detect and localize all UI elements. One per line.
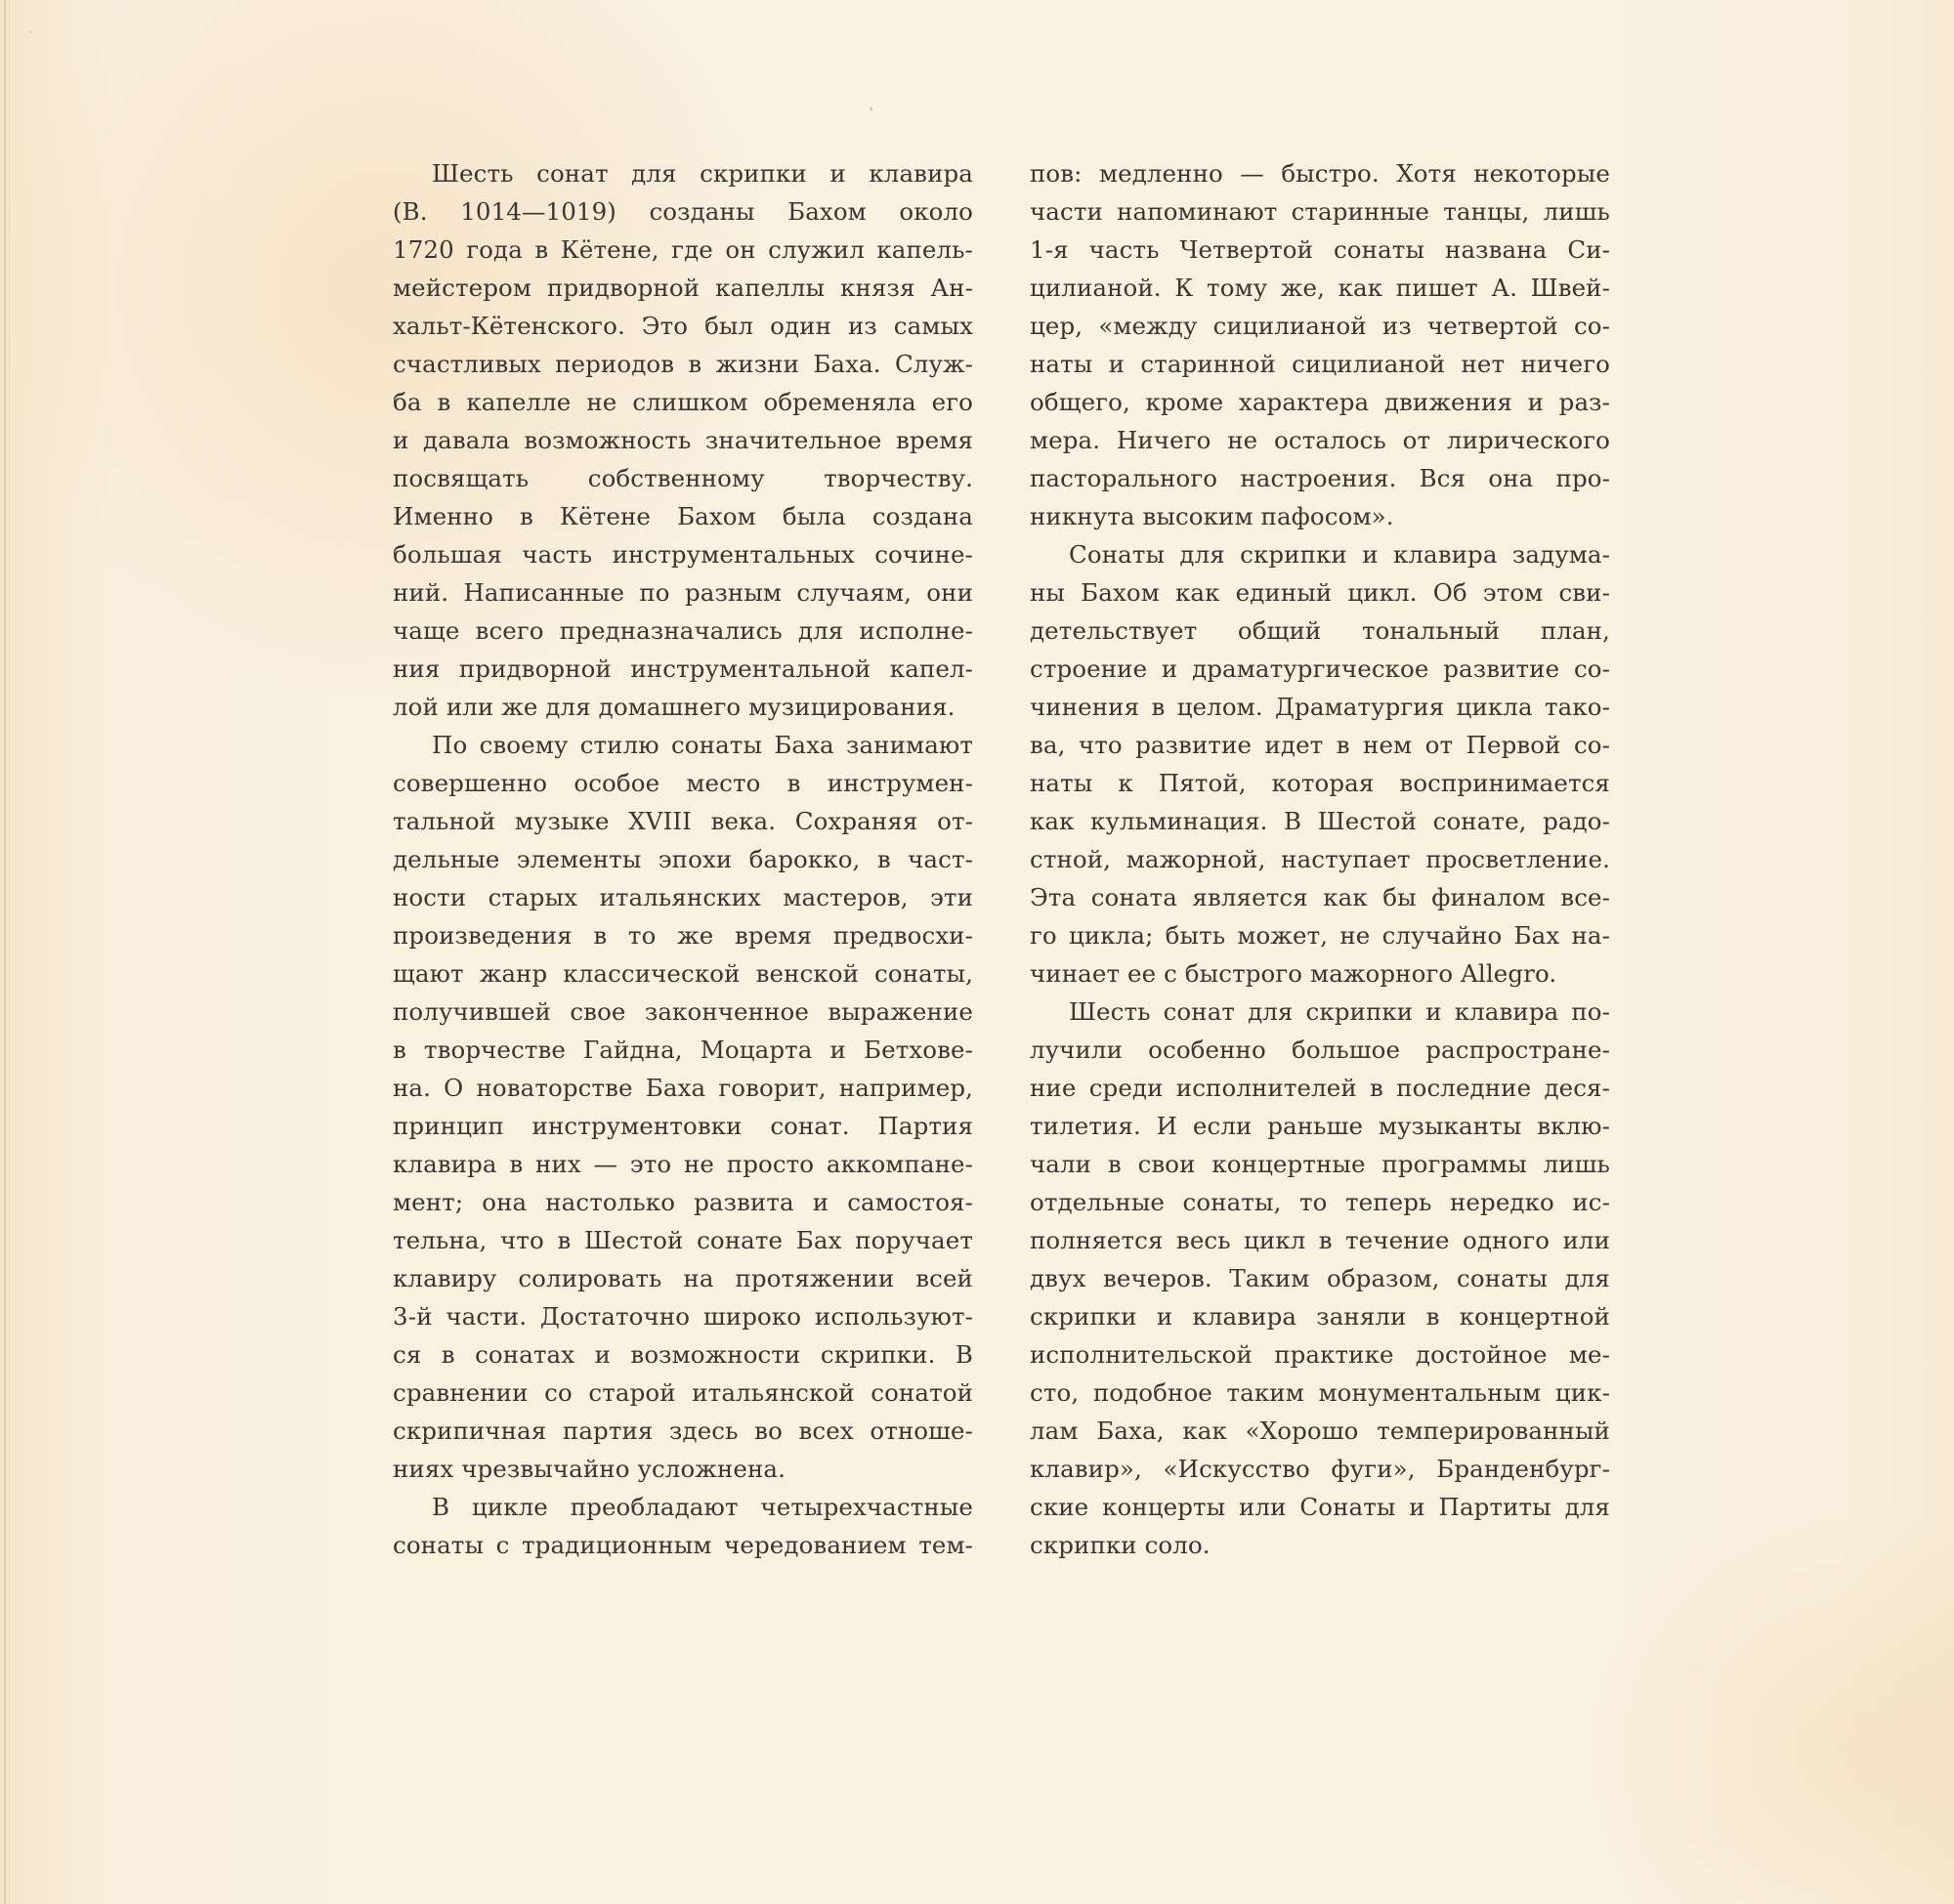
text-line: на. О новаторстве Баха говорит, например…: [393, 1069, 973, 1107]
paragraph-first-line: Сонаты для скрипки и клавира задума-: [1030, 535, 1610, 573]
text-line: стной, мажорной, наступает просветление.: [1030, 840, 1610, 878]
text-line: сравнении со старой итальянской сонатой: [393, 1374, 973, 1412]
paragraph-first-line: Шесть сонат для скрипки и клавира по-: [1030, 993, 1610, 1031]
text-line: никнута высоким пафосом».: [1030, 497, 1610, 535]
text-line: исполнительской практике достойное ме-: [1030, 1335, 1610, 1374]
text-line: счастливых периодов в жизни Баха. Служ-: [393, 345, 973, 383]
text-line: хальт-Кётенского. Это был один из самых: [393, 307, 973, 345]
text-line: ские концерты или Сонаты и Партиты для: [1030, 1488, 1610, 1526]
text-line: 1-я часть Четвертой сонаты названа Си-: [1030, 231, 1610, 269]
text-line: цер, «между сицилианой из четвертой со-: [1030, 307, 1610, 345]
text-line: клавир», «Искусство фуги», Бранденбург-: [1030, 1450, 1610, 1488]
text-line: лам Баха, как «Хорошо темперированный: [1030, 1412, 1610, 1450]
text-line: ся в сонатах и возможности скрипки. В: [393, 1335, 973, 1374]
text-line: Эта соната является как бы финалом все-: [1030, 878, 1610, 916]
text-line: пов: медленно — быстро. Хотя некоторые: [1030, 154, 1610, 192]
text-line: лучили особенно большое распростране-: [1030, 1031, 1610, 1069]
paragraph-first-line: По своему стилю сонаты Баха занимают: [393, 726, 973, 764]
text-line: как кульминация. В Шестой сонате, радо-: [1030, 802, 1610, 840]
text-line: ба в капелле не слишком обременяла его: [393, 383, 973, 421]
text-line: (В. 1014—1019) созданы Бахом около: [393, 192, 973, 231]
text-line: мейстером придворной капеллы князя Ан-: [393, 269, 973, 307]
text-line: получившей свое законченное выражение: [393, 993, 973, 1031]
text-line: чали в свои концертные программы лишь: [1030, 1145, 1610, 1183]
text-line: строение и драматургическое развитие со-: [1030, 650, 1610, 688]
text-line: 3-й части. Достаточно широко используют-: [393, 1297, 973, 1335]
text-line: цилианой. К тому же, как пишет А. Швей-: [1030, 269, 1610, 307]
text-line: принцип инструментовки сонат. Партия: [393, 1107, 973, 1145]
text-line: Именно в Кётене Бахом была создана: [393, 497, 973, 535]
text-line: ния придворной инструментальной капел-: [393, 650, 973, 688]
page-binding-edge-inner: [9, 0, 10, 1904]
text-line: ниях чрезвычайно усложнена.: [393, 1450, 973, 1488]
text-column-right: пов: медленно — быстро. Хотя некоторыеча…: [1030, 154, 1610, 1564]
text-line: тальной музыке XVIII века. Сохраняя от-: [393, 802, 973, 840]
text-line: ние среди исполнителей в последние деся-: [1030, 1069, 1610, 1107]
paper-speck: [870, 107, 872, 110]
text-line: скрипки и клавира заняли в концертной: [1030, 1297, 1610, 1335]
text-line: скрипки соло.: [1030, 1526, 1610, 1564]
text-line: го цикла; быть может, не случайно Бах на…: [1030, 916, 1610, 954]
paragraph-first-line: Шесть сонат для скрипки и клавира: [393, 154, 973, 192]
text-line: клавиру солировать на протяжении всей: [393, 1259, 973, 1297]
paper-speck: [29, 31, 31, 33]
text-line: отдельные сонаты, то теперь нередко ис-: [1030, 1183, 1610, 1221]
text-line: чинает ее с быстрого мажорного Allegro.: [1030, 954, 1610, 993]
text-line: мент; она настолько развита и самостоя-: [393, 1183, 973, 1221]
text-line: тельна, что в Шестой сонате Бах поручает: [393, 1221, 973, 1259]
text-line: ний. Написанные по разным случаям, они: [393, 573, 973, 612]
text-line: чаще всего предназначались для исполне-: [393, 612, 973, 650]
text-line: и давала возможность значительное время: [393, 421, 973, 459]
text-line: двух вечеров. Таким образом, сонаты для: [1030, 1259, 1610, 1297]
text-line: скрипичная партия здесь во всех отноше-: [393, 1412, 973, 1450]
text-line: лой или же для домашнего музицирования.: [393, 688, 973, 726]
paragraph-first-line: В цикле преобладают четырехчастные: [393, 1488, 973, 1526]
text-column-left: Шесть сонат для скрипки и клавира(В. 101…: [393, 154, 973, 1564]
text-line: посвящать собственному творчеству.: [393, 459, 973, 497]
page-binding-edge: [4, 0, 6, 1904]
text-line: совершенно особое место в инструмен-: [393, 764, 973, 802]
text-line: дельные элементы эпохи барокко, в част-: [393, 840, 973, 878]
text-line: в творчестве Гайдна, Моцарта и Бетхове-: [393, 1031, 973, 1069]
text-line: полняется весь цикл в течение одного или: [1030, 1221, 1610, 1259]
text-line: клавира в них — это не просто аккомпане-: [393, 1145, 973, 1183]
text-line: наты и старинной сицилианой нет ничего: [1030, 345, 1610, 383]
text-line: общего, кроме характера движения и раз-: [1030, 383, 1610, 421]
text-line: щают жанр классической венской сонаты,: [393, 954, 973, 993]
text-line: детельствует общий тональный план,: [1030, 612, 1610, 650]
text-line: сонаты с традиционным чередованием тем-: [393, 1526, 973, 1564]
text-line: пасторального настроения. Вся она про-: [1030, 459, 1610, 497]
text-line: большая часть инструментальных сочине-: [393, 535, 973, 573]
text-line: мера. Ничего не осталось от лирического: [1030, 421, 1610, 459]
text-line: наты к Пятой, которая воспринимается: [1030, 764, 1610, 802]
text-line: произведения в то же время предвосхи-: [393, 916, 973, 954]
text-line: ности старых итальянских мастеров, эти: [393, 878, 973, 916]
text-line: ва, что развитие идет в нем от Первой со…: [1030, 726, 1610, 764]
text-line: ны Бахом как единый цикл. Об этом сви-: [1030, 573, 1610, 612]
text-line: чинения в целом. Драматургия цикла тако-: [1030, 688, 1610, 726]
text-line: 1720 года в Кётене, где он служил капель…: [393, 231, 973, 269]
text-line: части напоминают старинные танцы, лишь: [1030, 192, 1610, 231]
text-line: сто, подобное таким монументальным цик-: [1030, 1374, 1610, 1412]
text-line: тилетия. И если раньше музыканты вклю-: [1030, 1107, 1610, 1145]
